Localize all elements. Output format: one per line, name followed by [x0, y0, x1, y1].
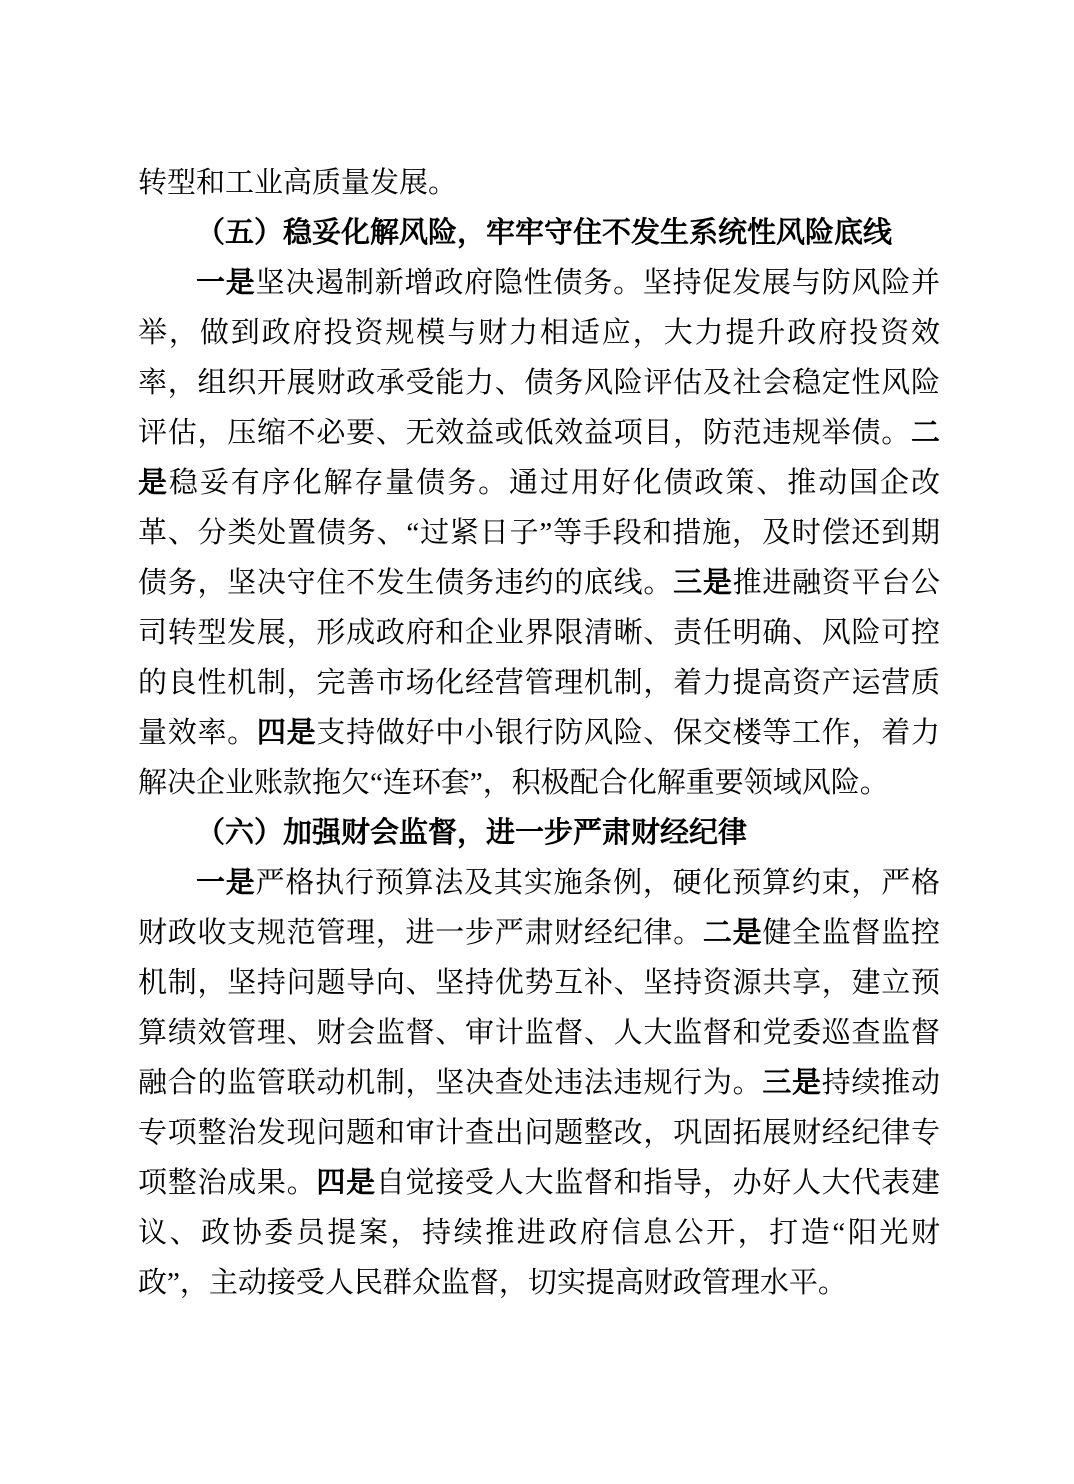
text-run-bold: 四是	[257, 717, 316, 749]
text-run-bold: （五）稳妥化解风险，牢牢守住不发生系统性风险底线	[196, 217, 892, 249]
text-run: 转型和工业高质量发展。	[138, 167, 457, 199]
text-run-bold: （六）加强财会监督，进一步严肃财经纪律	[196, 817, 747, 849]
document-body: 转型和工业高质量发展。（五）稳妥化解风险，牢牢守住不发生系统性风险底线一是坚决遏…	[138, 158, 940, 1308]
paragraph-section-6: 一是严格执行预算法及其实施条例，硬化预算约束，严格财政收支规范管理，进一步严肃财…	[138, 858, 940, 1308]
text-run: 坚决遏制新增政府隐性债务。坚持促发展与防风险并举，做到政府投资规模与财力相适应，…	[138, 267, 940, 449]
text-run-bold: 二是	[703, 917, 762, 949]
text-run-bold: 一是	[196, 267, 256, 299]
text-run-bold: 三是	[762, 1067, 821, 1099]
heading-section-5: （五）稳妥化解风险，牢牢守住不发生系统性风险底线	[138, 208, 940, 258]
paragraph-continuation: 转型和工业高质量发展。	[138, 158, 940, 208]
heading-section-6: （六）加强财会监督，进一步严肃财经纪律	[138, 808, 940, 858]
paragraph-section-5: 一是坚决遏制新增政府隐性债务。坚持促发展与防风险并举，做到政府投资规模与财力相适…	[138, 258, 940, 808]
document-page: 转型和工业高质量发展。（五）稳妥化解风险，牢牢守住不发生系统性风险底线一是坚决遏…	[0, 0, 1074, 1484]
text-run-bold: 四是	[316, 1167, 375, 1199]
text-run-bold: 一是	[196, 867, 256, 899]
text-run-bold: 三是	[673, 567, 732, 599]
